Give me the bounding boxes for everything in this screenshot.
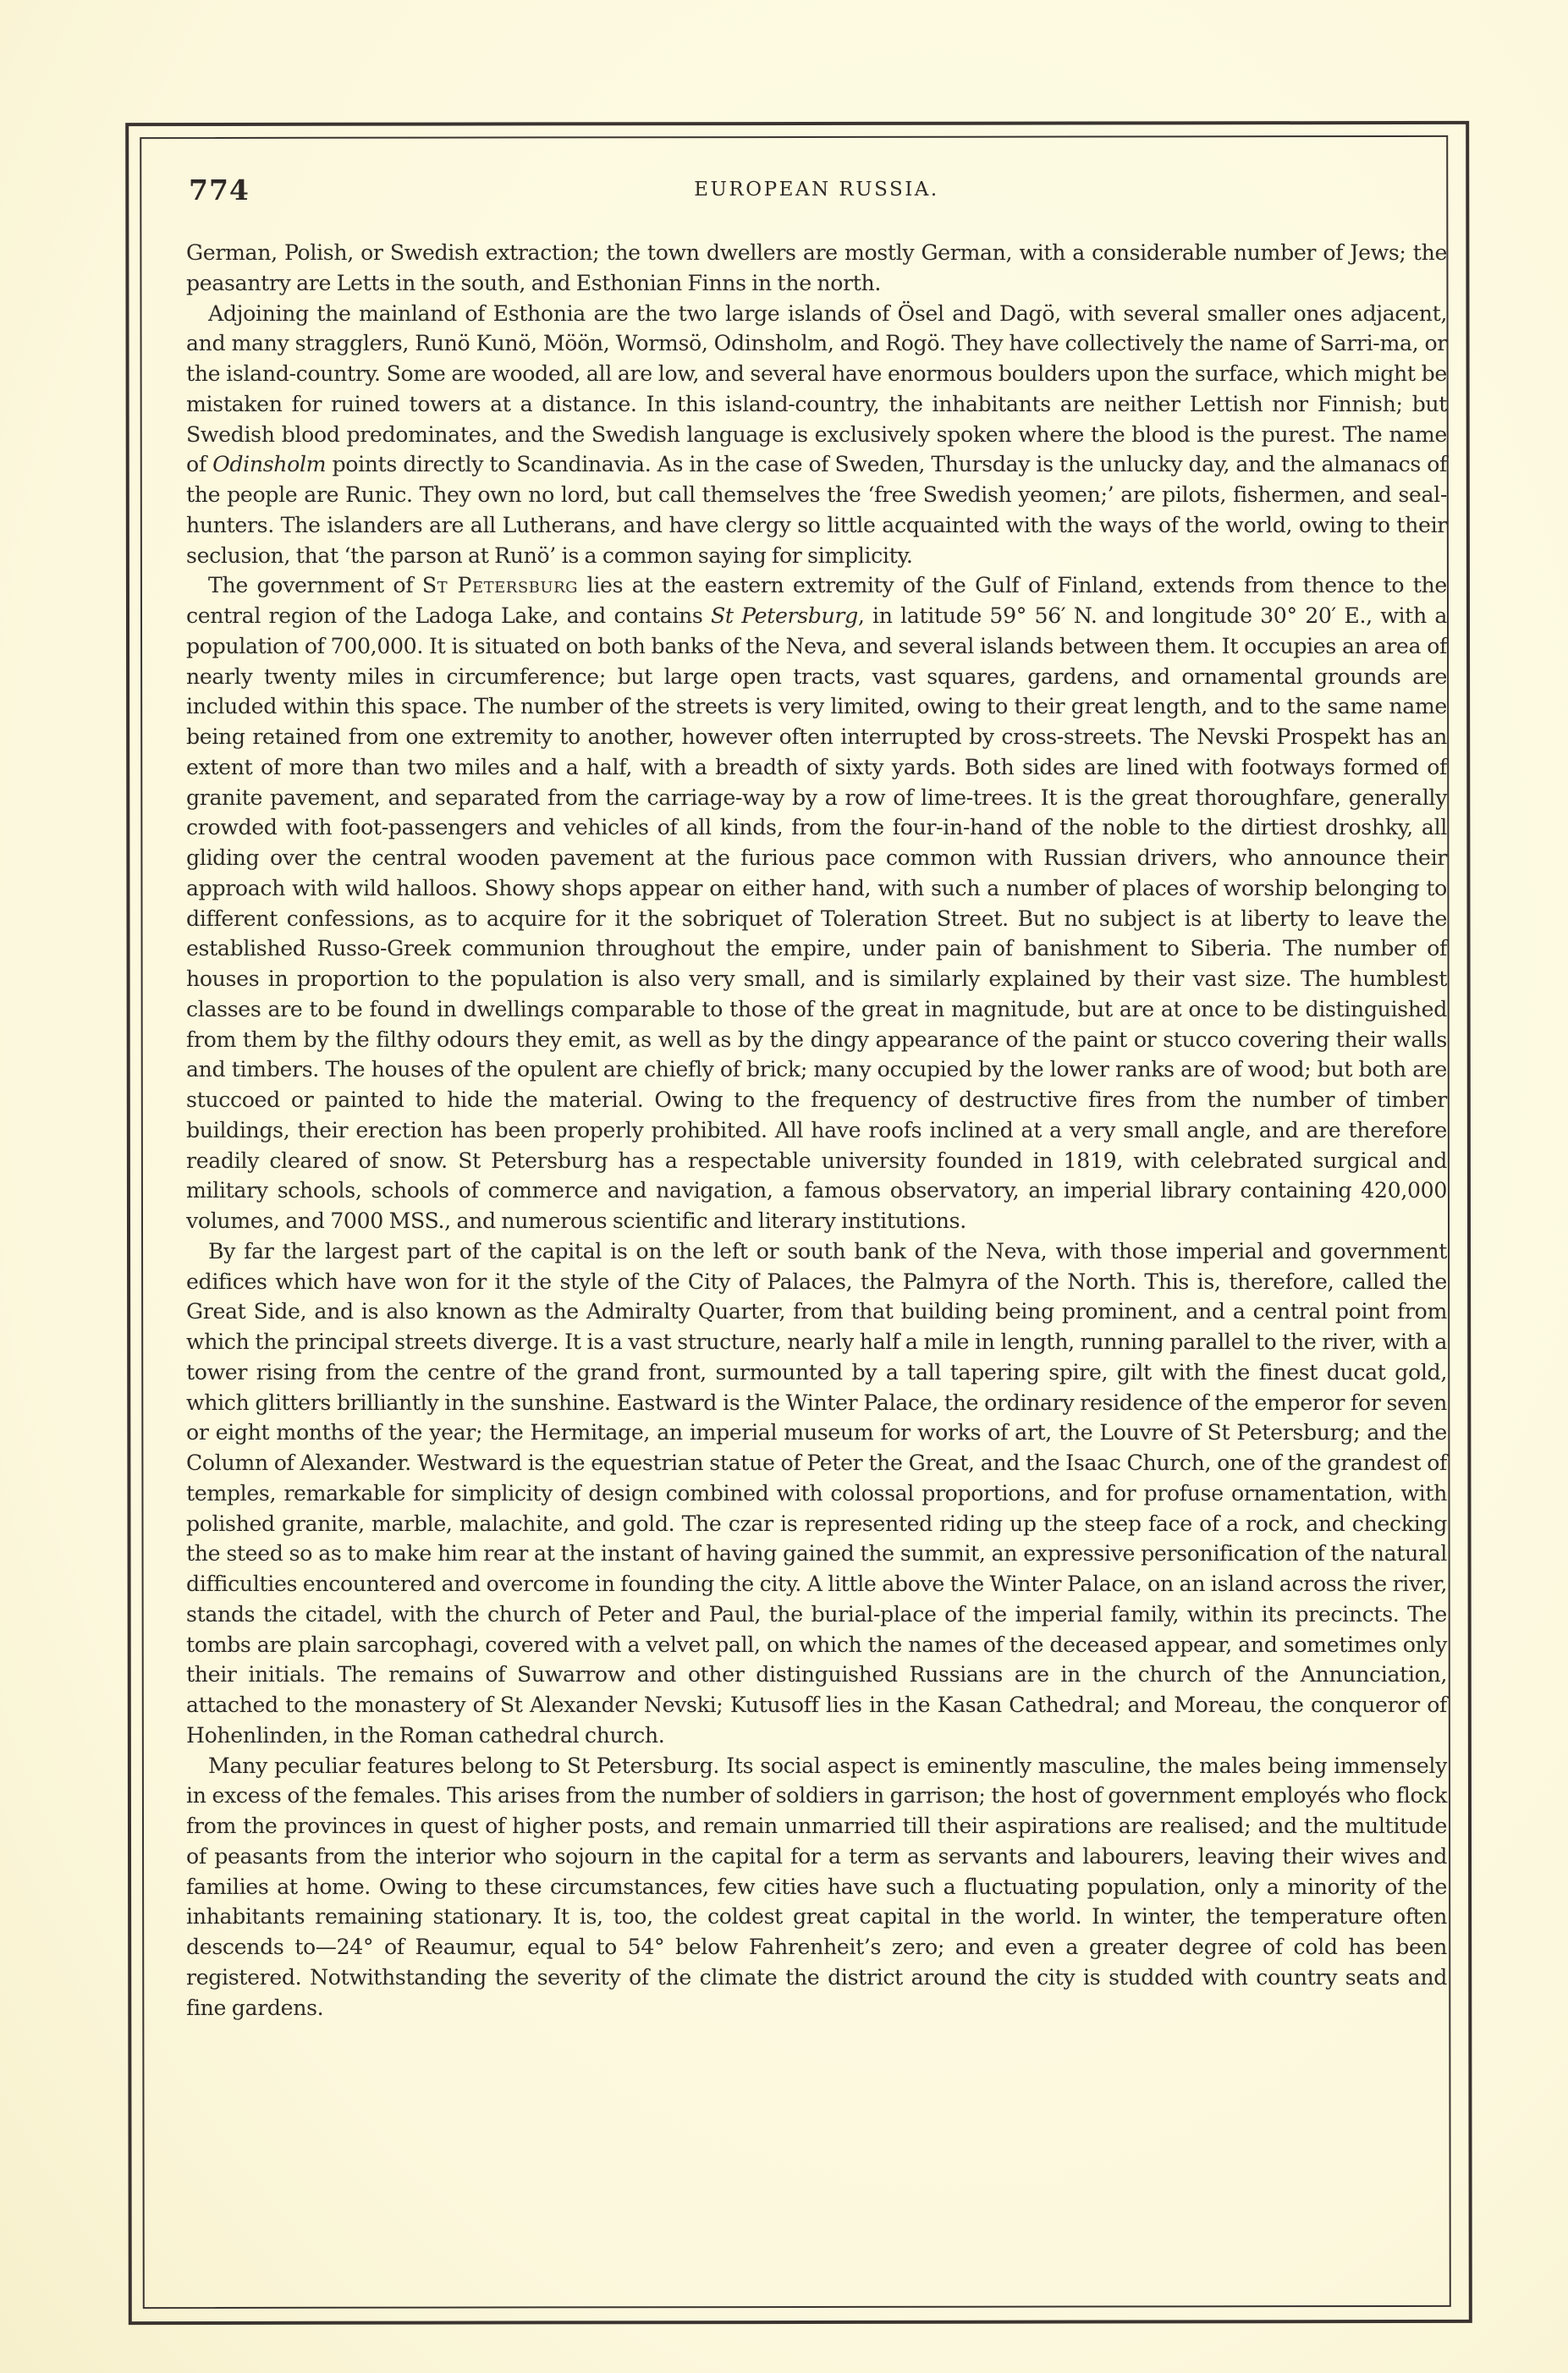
paragraph-p5: Many peculiar features belong to St Pete… (186, 1751, 1447, 2023)
page-content: 774 EUROPEAN RUSSIA. German, Polish, or … (186, 165, 1447, 2023)
paragraph-p4: By far the largest part of the capital i… (186, 1236, 1447, 1751)
italic-term: Odinsholm (212, 452, 326, 476)
italic-term: St Petersburg (711, 603, 858, 628)
paragraph-p3: The government of St Petersburg lies at … (186, 570, 1447, 1236)
running-head: 774 EUROPEAN RUSSIA. (186, 165, 1447, 216)
paragraph-p1: German, Polish, or Swedish extraction; t… (186, 238, 1447, 299)
running-head-title: EUROPEAN RUSSIA. (186, 179, 1447, 201)
paragraph-p2: Adjoining the mainland of Esthonia are t… (186, 299, 1447, 571)
smallcaps-term: St Petersburg (422, 573, 578, 597)
body-text: German, Polish, or Swedish extraction; t… (186, 238, 1447, 2023)
